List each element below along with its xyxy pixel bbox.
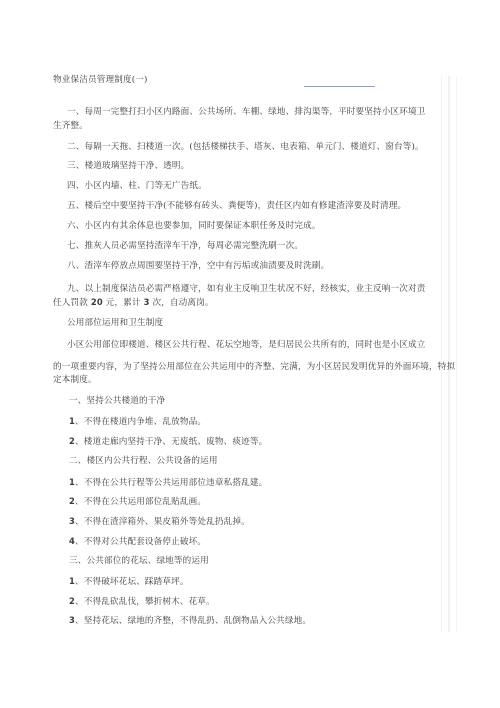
rule-1-line-2: 生齐整。	[53, 121, 88, 132]
group-3-item-3: 3、坚持花坛、绿地的齐整，不得乱扔、乱倒物品入公共绿地。	[69, 615, 311, 627]
group-3-item-2: 2、不得乱砍乱伐，攀折树木、花草。	[69, 596, 215, 608]
section-2-intro-line-2: 的一项重要内容，为了坚持公用部位在公共运用中的齐整、完满，为小区居民发明优异的外…	[53, 362, 455, 373]
item-text: 、不得在渣滓箱外、果皮箱外等处乱扔乱掉。	[75, 517, 250, 527]
section-2-heading: 公用部位运用和卫生制度	[67, 318, 163, 329]
title-underline-rule	[304, 86, 375, 87]
rule-9-line-2: 任人罚款 20 元，累计 3 次，自动离岗。	[53, 297, 214, 309]
group-2-item-2: 2、不得在公共运用部位乱贴乱画。	[69, 496, 206, 508]
item-text: 、不得在公共行程等公共运用部位违章私搭乱建。	[75, 478, 267, 488]
rule-3: 三、楼道玻璃坚持干净、透明。	[67, 161, 189, 172]
section-2-intro-line-1: 小区公用部位即楼道、楼区公共行程、花坛空地等，是归居民公共所有的，同时也是小区成…	[67, 340, 426, 351]
rule-9-mid: 元，累计	[103, 298, 144, 308]
rule-6: 六、小区内有其余体息也要参加，同时要保证本职任务及时完成。	[67, 221, 321, 232]
rule-1-line-1: 一、每周一完整打扫小区内路面、公共场所、车棚、绿地、排沟渠等，平时要坚持小区环境…	[67, 107, 426, 118]
group-2-item-3: 3、不得在渣滓箱外、果皮箱外等处乱扔乱掉。	[69, 516, 250, 528]
section-2-intro-line-3: 定本制度。	[53, 375, 97, 386]
group-1-item-1: 1、不得在楼道内争堆、乱放物品。	[69, 416, 206, 428]
rule-2: 二、每隔一天拖、扫楼道一次。(包括楼梯扶手、塔灰、电表箱、单元门、楼道灯、窗台等…	[67, 142, 424, 153]
group-1-item-2: 2、楼道走廊内坚持干净、无废纸、废物、痰迹等。	[69, 436, 267, 448]
item-text: 、不得对公共配套设备停止破坏。	[75, 537, 206, 547]
rule-8: 八、渣滓车停放点周围要坚持干净，空中有污垢或油渍要及时洗刷。	[67, 261, 329, 272]
page-edge-shadow	[441, 76, 457, 632]
item-text: 、坚持花坛、绿地的齐整，不得乱扔、乱倒物品入公共绿地。	[75, 616, 311, 626]
rule-7: 七、推灰人员必需坚持渣滓车干净，每周必需完整洗刷一次。	[67, 241, 303, 252]
group-1-heading: 一、坚持公共楼道的干净	[69, 396, 165, 407]
rule-4: 四、小区内墙、柱、门等无广告纸。	[67, 181, 207, 192]
group-2-item-4: 4、不得对公共配套设备停止破坏。	[69, 536, 206, 548]
item-text: 、不得乱砍乱伐，攀折树木、花草。	[75, 597, 215, 607]
item-text: 、不得破坏花坛、踩踏草坪。	[75, 577, 189, 587]
rule-9-line-1: 九、以上制度保洁员必需严格遵守，如有业主反响卫生状况不好，经核实，业主反响一次对…	[67, 284, 426, 295]
document-page: 物业保洁员管理制度(一) 一、每周一完整打扫小区内路面、公共场所、车棚、绿地、排…	[0, 0, 500, 708]
group-2-item-1: 1、不得在公共行程等公共运用部位违章私搭乱建。	[69, 477, 267, 489]
item-text: 、不得在公共运用部位乱贴乱画。	[75, 497, 206, 507]
rule-9-pre: 任人罚款	[53, 298, 91, 308]
rule-5: 五、楼后空中要坚持干净(不能够有砖头、粪便等)，责任区内如有修建渣滓要及时清理。	[67, 201, 406, 212]
fine-amount: 20	[91, 297, 103, 307]
group-2-heading: 二、楼区内公共行程、公共设备的运用	[69, 456, 218, 467]
group-3-item-1: 1、不得破坏花坛、踩踏草坪。	[69, 576, 189, 588]
rule-9-post: 次，自动离岗。	[150, 298, 214, 308]
item-text: 、不得在楼道内争堆、乱放物品。	[75, 417, 206, 427]
group-3-heading: 三、公共部位的花坛、绿地等的运用	[69, 556, 209, 567]
document-title: 物业保洁员管理制度(一)	[53, 75, 147, 86]
item-text: 、楼道走廊内坚持干净、无废纸、废物、痰迹等。	[75, 437, 267, 447]
